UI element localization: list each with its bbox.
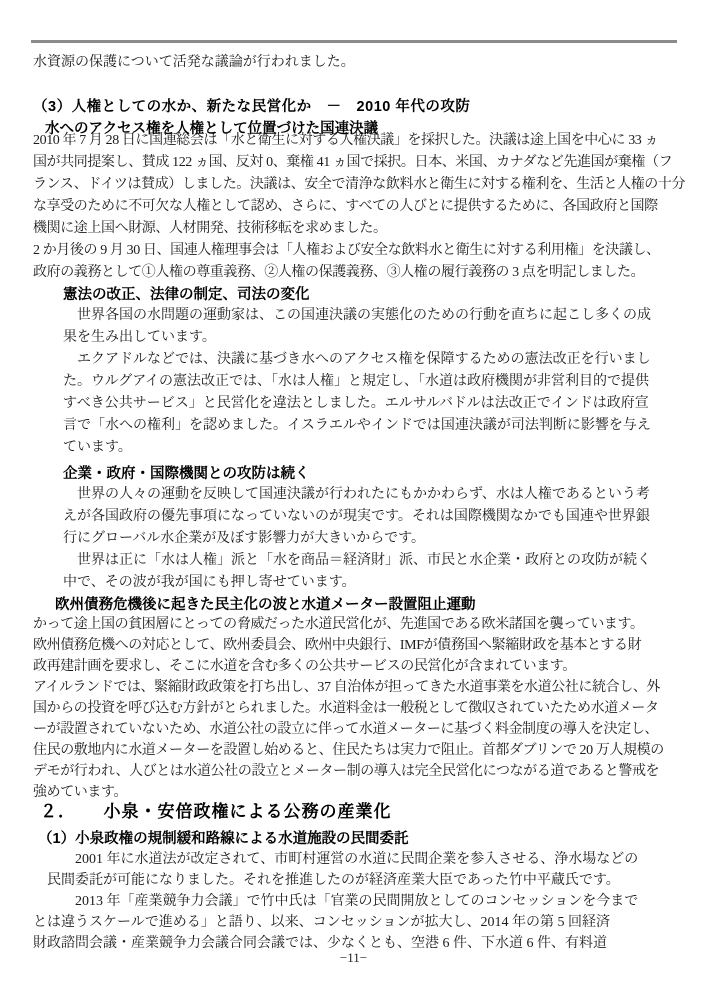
- text-line: 欧州債務危機への対応として、欧州委員会、欧州中央銀行、IMFが債務国へ緊縮財政を…: [33, 635, 681, 656]
- text-line: エクアドルなどでは、決議に基づき水へのアクセス権を保障するための憲法改正を行いま…: [63, 349, 643, 371]
- text-line: かって途上国の貧困層にとっての脅威だった水道民営化が、先進国である欧米諸国を襲っ…: [33, 614, 681, 635]
- paragraph-europe-debt: かって途上国の貧困層にとっての脅威だった水道民営化が、先進国である欧米諸国を襲っ…: [33, 614, 681, 803]
- section-heading-koizumi-abe: ２． 小泉・安倍政権による公務の産業化: [40, 797, 688, 822]
- text-line: 果を生み出しています。: [63, 327, 643, 349]
- text-line: 民間委託が可能になりました。それを推進したのが経済産業大臣であった竹中平蔵氏です…: [33, 870, 681, 891]
- text-line: 中で、その波が我が国にも押し寄せています。: [63, 572, 643, 594]
- text-line: デモが行われ、人びとは水道公社の設立とメーター制の導入は完全民営化につながる道で…: [33, 761, 681, 782]
- section-heading-ongoing-battle: 企業・政府・国際機関との攻防は続く: [63, 462, 643, 483]
- text-line: 政府の義務として①人権の尊重義務、②人権の保護義務、③人権の履行義務の 3 点を…: [33, 262, 681, 284]
- text-line: 国からの投資を呼び込む方針がとられました。水道料金は一般税として徴収されていたた…: [33, 698, 681, 719]
- text-line: ーが設置されていないため、水道公社の設立に伴って水道メーターに基づく料金制度の導…: [33, 719, 681, 740]
- text-line: 2001 年に水道法が改定されて、市町村運営の水道に民間企業を参入させる、浄水場…: [33, 849, 681, 870]
- text-line: 政再建計画を要求し、そこに水道を含む多くの公共サービスの民営化が含まれています。: [33, 656, 681, 677]
- section-heading-europe-debt: 欧州債務危機後に起きた民主化の波と水道メーター設置阻止運動: [55, 593, 655, 614]
- paragraph-law-changes: 世界各国の水問題の運動家は、この国連決議の実態化のための行動を直ちに起こし多くの…: [63, 305, 643, 459]
- text-line: 行にグローバル水企業が及ぼす影響力が大きいからです。: [63, 528, 643, 550]
- text-line: 機関に途上国へ財源、人材開発、技術移転を求めました。: [33, 218, 681, 240]
- text-line: 住民の敷地内に水道メーターを設置し始めると、住民たちは実力で阻止。首都ダブリンで…: [33, 740, 681, 761]
- section-heading-law-changes: 憲法の改正、法律の制定、司法の変化: [63, 283, 643, 304]
- paragraph-deregulation: 2001 年に水道法が改定されて、市町村運営の水道に民間企業を参入させる、浄水場…: [33, 849, 681, 954]
- text-line: アイルランドでは、緊縮財政政策を打ち出し、37 自治体が担ってきた水道事業を水道…: [33, 677, 681, 698]
- intro-paragraph: 水資源の保護について活発な議論が行われました。: [33, 52, 681, 74]
- text-line: 世界の人々の運動を反映して国連決議が行われたにもかかわらず、水は人権であるという…: [63, 484, 643, 506]
- text-line: な享受のために不可欠な人権として認め、さらに、すべての人びとに提供するために、各…: [33, 196, 681, 218]
- text-line: 言で「水への権利」を認めました。イスラエルやインドでは国連決議が司法判断に影響を…: [63, 415, 643, 437]
- text-line: とは違うスケールで進める」と語り、以来、コンセッションが拡大し、2014 年の第…: [33, 912, 681, 933]
- page-number: −11−: [0, 950, 707, 966]
- text-line: 2010 年 7 月 28 日に国連総会は「水と衛生に対する人権決議」を採択した…: [33, 130, 681, 152]
- text-line: た。ウルグアイの憲法改正では、「水は人権」と規定し、「水道は政府機関が非営利目的…: [63, 371, 643, 393]
- subheading-deregulation: （1）小泉政権の規制緩和路線による水道施設の民間委託: [38, 827, 686, 848]
- text-line: 世界は正に「水は人権」派と「水を商品＝経済財」派、市民と水企業・政府との攻防が続…: [63, 550, 643, 572]
- text-line: ています。: [63, 437, 643, 459]
- text-line: 国が共同提案し、賛成 122 ヵ国、反対 0、棄権 41 ヵ国で採択。日本、米国…: [33, 152, 681, 174]
- text-line: えが各国政府の優先事項になっていないのが現実です。それは国際機関なかでも国連や世…: [63, 506, 643, 528]
- document-page: 水資源の保護について活発な議論が行われました。 （3）人権としての水か、新たな民…: [0, 0, 707, 1000]
- text-line: 2013 年「産業競争力会議」で竹中氏は「官業の民間開放としてのコンセッションを…: [33, 891, 681, 912]
- text-line: 世界各国の水問題の運動家は、この国連決議の実態化のための行動を直ちに起こし多くの…: [63, 305, 643, 327]
- paragraph-un-resolution: 2010 年 7 月 28 日に国連総会は「水と衛生に対する人権決議」を採択した…: [33, 130, 681, 284]
- section-heading-water-rights: （3）人権としての水か、新たな民営化か － 2010 年代の攻防: [33, 95, 681, 116]
- top-divider-rule: [31, 40, 677, 43]
- text-line: 2 か月後の 9 月 30 日、国連人権理事会は「人権および安全な飲料水と衛生に…: [33, 240, 681, 262]
- text-line: すべき公共サービス」と民営化を違法としました。エルサルバドルは法改正でインドは政…: [63, 393, 643, 415]
- text-line: 水資源の保護について活発な議論が行われました。: [33, 52, 681, 74]
- paragraph-ongoing-battle: 世界の人々の運動を反映して国連決議が行われたにもかかわらず、水は人権であるという…: [63, 484, 643, 594]
- text-line: ランス、ドイツは賛成）しました。決議は、安全で清浄な飲料水と衛生に対する権利を、…: [33, 174, 681, 196]
